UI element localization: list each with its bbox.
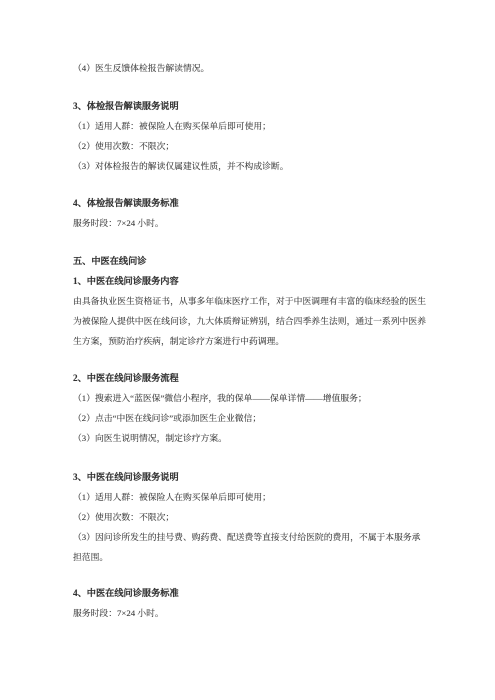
service-hours-text: 服务时段：7×24 小时。 xyxy=(73,603,426,623)
list-item: （1）适用人群：被保险人在购买保单后即可使用； xyxy=(73,116,426,136)
list-item: （2）点击“中医在线问诊”或添加医生企业微信； xyxy=(73,408,426,428)
document-page: （4）医生反馈体检报告解读情况。 3、体检报告解读服务说明 （1）适用人群：被保… xyxy=(0,0,495,700)
list-item: （1）适用人群：被保险人在购买保单后即可使用； xyxy=(73,487,426,507)
list-item-doctor-feedback: （4）医生反馈体检报告解读情况。 xyxy=(73,58,426,78)
list-item: （2）使用次数：不限次； xyxy=(73,507,426,527)
section-heading-tcm-process: 2、中医在线问诊服务流程 xyxy=(73,368,426,388)
section-heading-tcm-notes: 3、中医在线问诊服务说明 xyxy=(73,467,426,487)
section-heading-checkup-standard: 4、体检报告解读服务标准 xyxy=(73,193,426,213)
section-heading-tcm-standard: 4、中医在线问诊服务标准 xyxy=(73,583,426,603)
list-item: （2）使用次数：不限次； xyxy=(73,136,426,156)
list-item: （3）对体检报告的解读仅属建议性质，并不构成诊断。 xyxy=(73,156,426,176)
service-hours-text: 服务时段：7×24 小时。 xyxy=(73,213,426,233)
document-content: （4）医生反馈体检报告解读情况。 3、体检报告解读服务说明 （1）适用人群：被保… xyxy=(0,0,495,623)
list-item: （3）因问诊所发生的挂号费、购药费、配送费等直接支付给医院的费用，不属于本服务承… xyxy=(73,527,426,567)
section-heading-tcm-content: 1、中医在线问诊服务内容 xyxy=(73,271,426,291)
list-item: （3）向医生说明情况，制定诊疗方案。 xyxy=(73,428,426,448)
paragraph-tcm-content: 由具备执业医生资格证书，从事多年临床医疗工作，对于中医调理有丰富的临床经验的医生… xyxy=(73,291,426,351)
section-heading-checkup-notes: 3、体检报告解读服务说明 xyxy=(73,96,426,116)
chapter-heading-tcm-online: 五、中医在线问诊 xyxy=(73,251,426,271)
list-item: （1）搜索进入“蓝医保”微信小程序，我的保单——保单详情——增值服务； xyxy=(73,388,426,408)
